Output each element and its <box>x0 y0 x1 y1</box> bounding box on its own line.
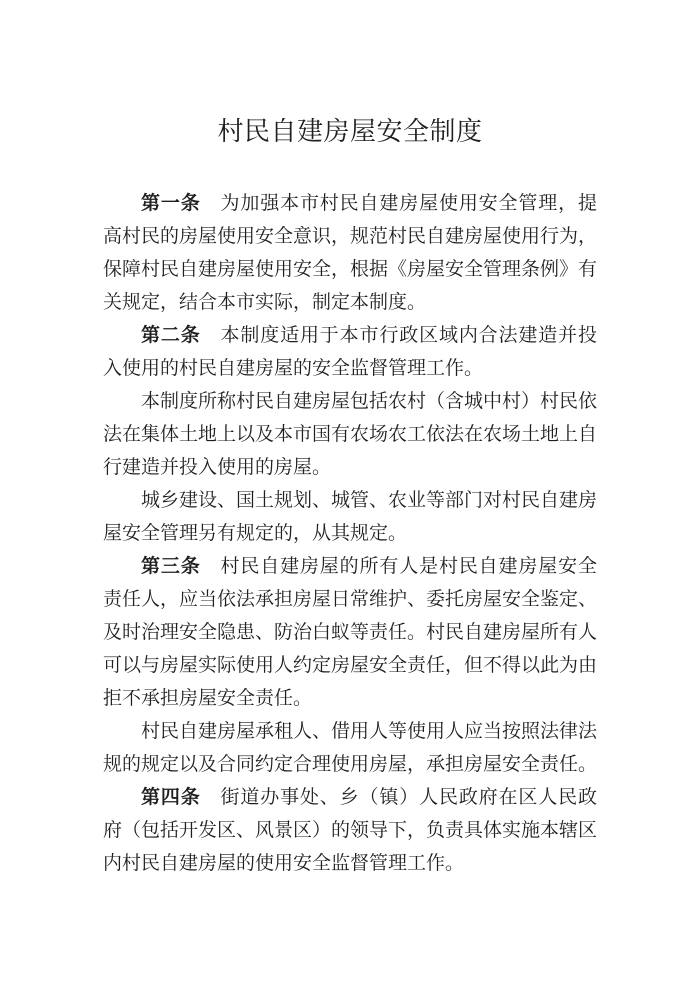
paragraph-text: 村民自建房屋的所有人是村民自建房屋安全责任人，应当依法承担房屋日常维护、委托房屋… <box>103 556 597 709</box>
paragraph: 村民自建房屋承租人、借用人等使用人应当按照法律法规的规定以及合同约定合理使用房屋… <box>103 715 597 781</box>
document-body: 第一条为加强本市村民自建房屋使用安全管理，提高村民的房屋使用安全意识，规范村民自… <box>103 187 597 880</box>
paragraph: 第四条街道办事处、乡（镇）人民政府在区人民政府（包括开发区、风景区）的领导下，负… <box>103 781 597 880</box>
document-title: 村民自建房屋安全制度 <box>0 115 700 147</box>
paragraph-text: 本制度所称村民自建房屋包括农村（含城中村）村民依法在集体土地上以及本市国有农场农… <box>103 391 597 478</box>
paragraph: 第三条村民自建房屋的所有人是村民自建房屋安全责任人，应当依法承担房屋日常维护、委… <box>103 550 597 715</box>
paragraph-text: 城乡建设、国土规划、城管、农业等部门对村民自建房屋安全管理另有规定的，从其规定。 <box>103 490 597 544</box>
paragraph-text: 村民自建房屋承租人、借用人等使用人应当按照法律法规的规定以及合同约定合理使用房屋… <box>103 721 597 775</box>
article-number: 第四条 <box>141 787 201 808</box>
article-number: 第一条 <box>141 193 201 214</box>
paragraph: 城乡建设、国土规划、城管、农业等部门对村民自建房屋安全管理另有规定的，从其规定。 <box>103 484 597 550</box>
paragraph: 第二条本制度适用于本市行政区域内合法建造并投入使用的村民自建房屋的安全监督管理工… <box>103 319 597 385</box>
paragraph: 本制度所称村民自建房屋包括农村（含城中村）村民依法在集体土地上以及本市国有农场农… <box>103 385 597 484</box>
article-number: 第三条 <box>141 556 201 577</box>
paragraph: 第一条为加强本市村民自建房屋使用安全管理，提高村民的房屋使用安全意识，规范村民自… <box>103 187 597 319</box>
article-number: 第二条 <box>141 325 201 346</box>
